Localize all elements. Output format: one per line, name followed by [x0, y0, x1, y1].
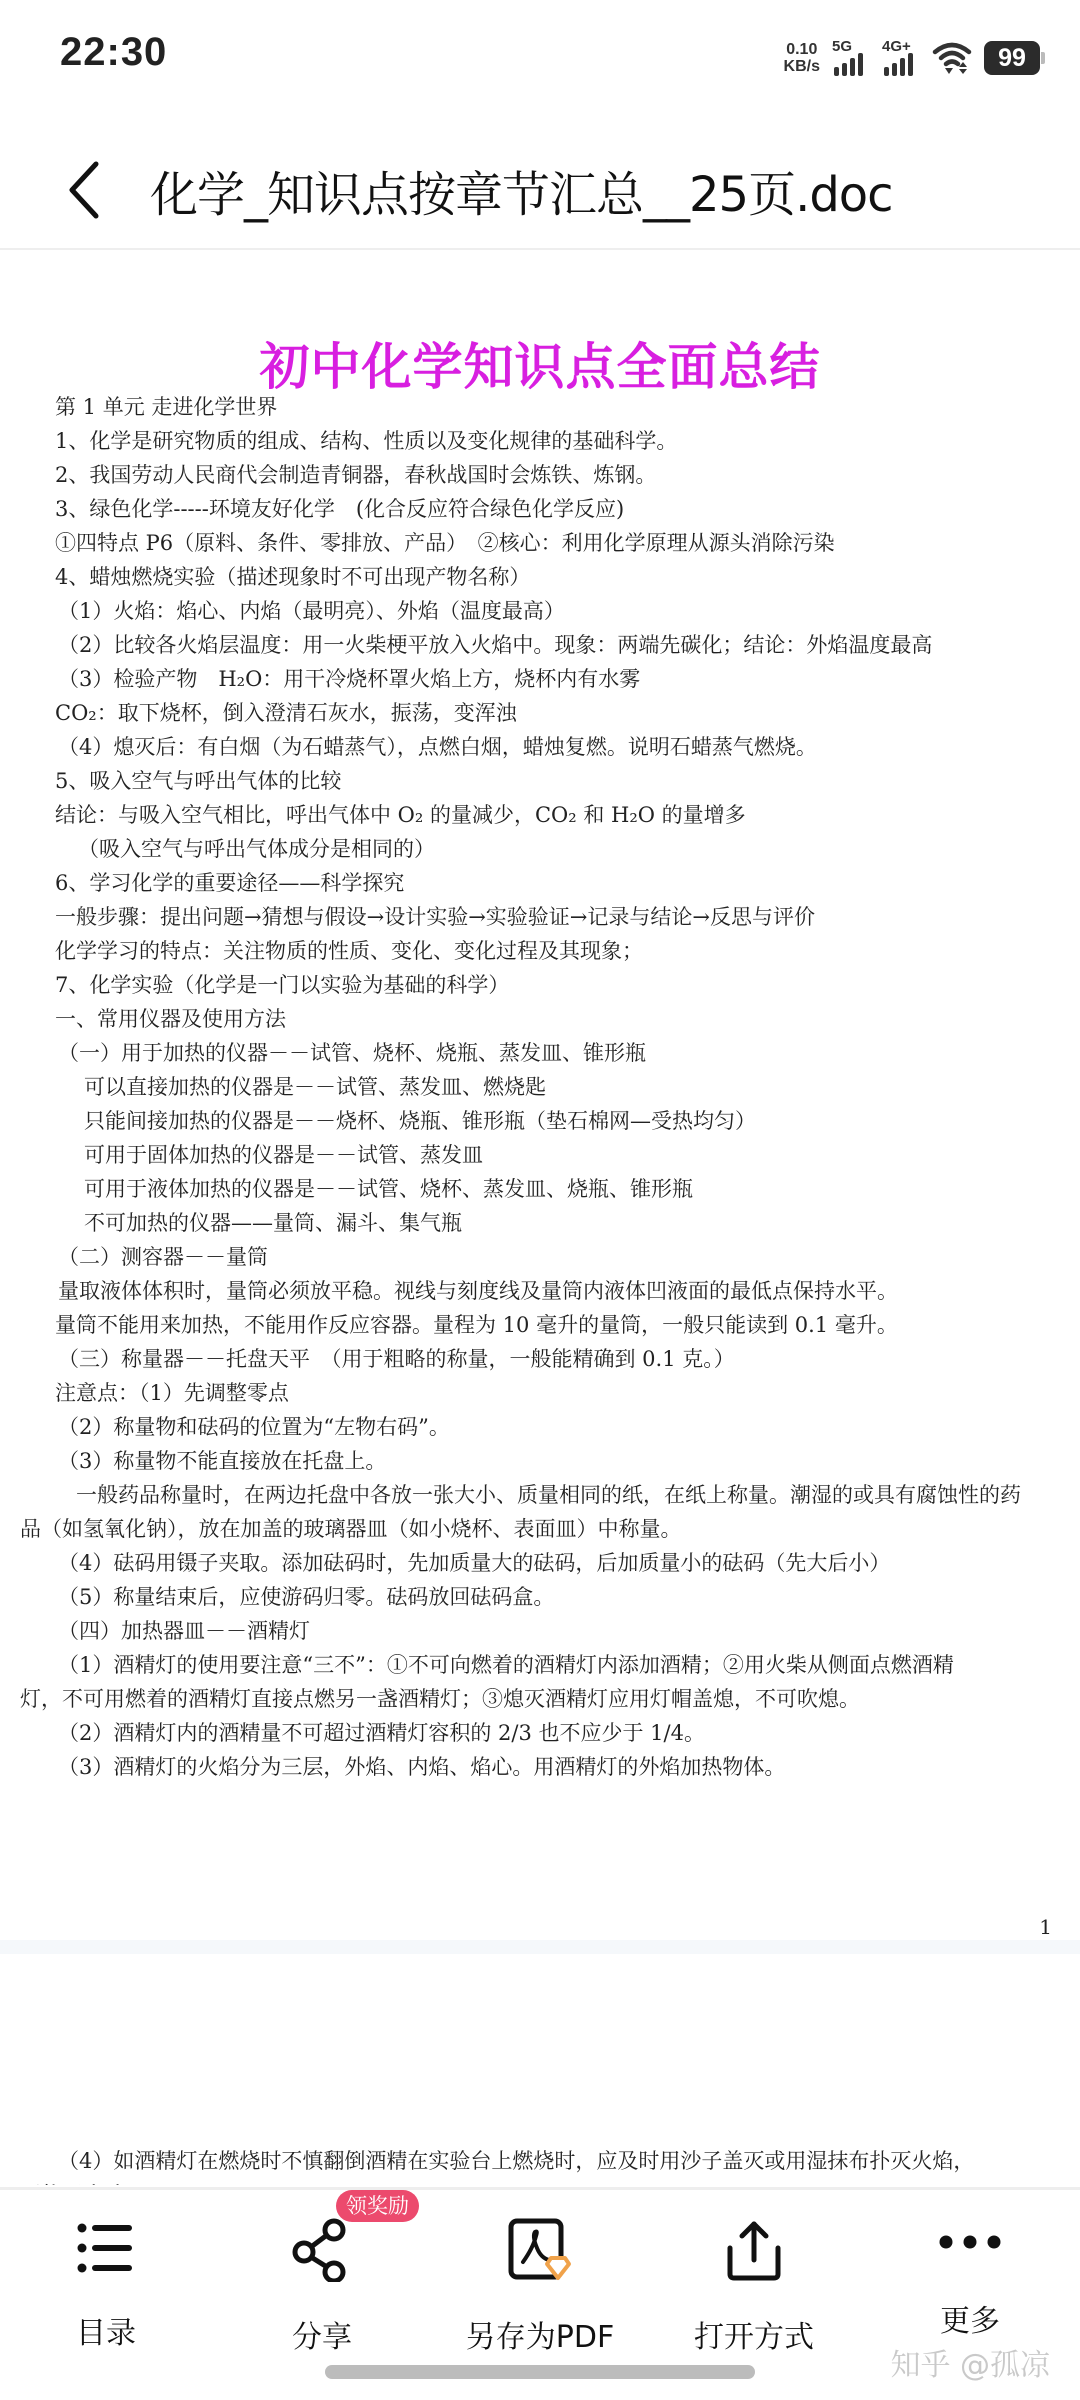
- document-line: 品（如氢氧化钠），放在加盖的玻璃器皿（如小烧杯、表面皿）中称量。: [0, 1512, 1080, 1546]
- document-viewer[interactable]: 初中化学知识点全面总结 第 1 单元 走进化学世界1、化学是研究物质的组成、结构…: [0, 250, 1080, 2185]
- open-with-button[interactable]: 打开方式: [664, 2190, 844, 2340]
- page-divider: [0, 1940, 1080, 1954]
- reward-badge[interactable]: 领奖励: [336, 2190, 419, 2222]
- document-line: （一）用于加热的仪器－－试管、烧杯、烧瓶、蒸发皿、锥形瓶: [0, 1036, 1080, 1070]
- document-line: （3）检验产物 H₂O：用干冷烧杯罩火焰上方，烧杯内有水雾: [0, 662, 1080, 696]
- app-header: 化学_知识点按章节汇总__25页.doc: [0, 110, 1080, 250]
- save-as-pdf-label: 另存为PDF: [466, 2312, 614, 2356]
- document-line: 6、学习化学的重要途径——科学探究: [0, 866, 1080, 900]
- page-1-text: 第 1 单元 走进化学世界1、化学是研究物质的组成、结构、性质以及变化规律的基础…: [0, 390, 1080, 1784]
- document-heading: 初中化学知识点全面总结: [0, 327, 1080, 399]
- document-line: 一般步骤：提出问题→猜想与假设→设计实验→实验验证→记录与结论→反思与评价: [0, 900, 1080, 934]
- document-line: 灯，不可用燃着的酒精灯直接点燃另一盏酒精灯；③熄灭酒精灯应用灯帽盖熄，不可吹熄。: [0, 1682, 1080, 1716]
- document-line: 2、我国劳动人民商代会制造青铜器，春秋战国时会炼铁、炼钢。: [0, 458, 1080, 492]
- document-line: 5、吸入空气与呼出气体的比较: [0, 764, 1080, 798]
- more-icon: [938, 2232, 1002, 2252]
- document-line: 只能间接加热的仪器是－－烧杯、烧瓶、锥形瓶（垫石棉网—受热均匀）: [0, 1104, 1080, 1138]
- document-line: （3）酒精灯的火焰分为三层，外焰、内焰、焰心。用酒精灯的外焰加热物体。: [0, 1750, 1080, 1784]
- share-icon: [290, 2218, 354, 2282]
- save-as-pdf-button[interactable]: 另存为PDF: [450, 2190, 630, 2340]
- share-label: 分享: [292, 2312, 352, 2356]
- status-icons: 0.10 KB/s 5G 4G+ 99: [784, 36, 1040, 80]
- back-icon[interactable]: [62, 158, 106, 222]
- toc-label: 目录: [76, 2308, 136, 2352]
- list-icon: [76, 2218, 136, 2278]
- document-line: 第 1 单元 走进化学世界: [0, 390, 1080, 424]
- document-line: （二）测容器－－量筒: [0, 1240, 1080, 1274]
- status-time: 22:30: [60, 30, 167, 75]
- document-line: ①四特点 P6（原料、条件、零排放、产品） ②核心：利用化学原理从源头消除污染: [0, 526, 1080, 560]
- document-line: （4）砝码用镊子夹取。添加砝码时，先加质量大的砝码，后加质量小的砝码（先大后小）: [0, 1546, 1080, 1580]
- network-speed-unit: KB/s: [784, 58, 820, 75]
- document-page-2: （4）如酒精灯在燃烧时不慎翻倒酒精在实验台上燃烧时，应及时用沙子盖灭或用湿抹布扑…: [0, 1954, 1080, 2185]
- document-line: （2）称量物和砝码的位置为“左物右码”。: [0, 1410, 1080, 1444]
- document-line: 1、化学是研究物质的组成、结构、性质以及变化规律的基础科学。: [0, 424, 1080, 458]
- document-line: （5）称量结束后，应使游码归零。砝码放回砝码盒。: [0, 1580, 1080, 1614]
- document-line: （四）加热器皿－－酒精灯: [0, 1614, 1080, 1648]
- wifi-icon: [932, 40, 972, 76]
- document-line: 化学学习的特点：关注物质的性质、变化、变化过程及其现象；: [0, 934, 1080, 968]
- document-line: 7、化学实验（化学是一门以实验为基础的科学）: [0, 968, 1080, 1002]
- home-indicator[interactable]: [325, 2365, 755, 2379]
- document-line: 量取液体体积时，量筒必须放平稳。视线与刻度线及量筒内液体凹液面的最低点保持水平。: [0, 1274, 1080, 1308]
- document-line: （4）熄灭后：有白烟（为石蜡蒸气），点燃白烟，蜡烛复燃。说明石蜡蒸气燃烧。: [0, 730, 1080, 764]
- status-bar: 22:30 0.10 KB/s 5G 4G+ 99: [0, 0, 1080, 110]
- document-line: （吸入空气与呼出气体成分是相同的）: [0, 832, 1080, 866]
- document-line: 量筒不能用来加热，不能用作反应容器。量程为 10 毫升的量筒，一般只能读到 0.…: [0, 1308, 1080, 1342]
- document-line: 3、绿色化学-----环境友好化学 (化合反应符合绿色化学反应): [0, 492, 1080, 526]
- document-page-1: 初中化学知识点全面总结 第 1 单元 走进化学世界1、化学是研究物质的组成、结构…: [0, 250, 1080, 1940]
- document-line: 一、常用仪器及使用方法: [0, 1002, 1080, 1036]
- network-speed-value: 0.10: [784, 41, 820, 58]
- document-line: （2）比较各火焰层温度：用一火柴梗平放入火焰中。现象：两端先碳化；结论：外焰温度…: [0, 628, 1080, 662]
- document-line: 可用于液体加热的仪器是－－试管、烧杯、蒸发皿、烧瓶、锥形瓶: [0, 1172, 1080, 1206]
- battery-level: 99: [998, 44, 1026, 73]
- document-line: （三）称量器－－托盘天平 （用于粗略的称量，一般能精确到 0.1 克。）: [0, 1342, 1080, 1376]
- document-line: 注意点：（1）先调整零点: [0, 1376, 1080, 1410]
- upload-icon: [722, 2218, 786, 2282]
- watermark: 知乎 @孤凉: [890, 2340, 1050, 2384]
- document-line: 4、蜡烛燃烧实验（描述现象时不可出现产物名称）: [0, 560, 1080, 594]
- document-line: （1）酒精灯的使用要注意“三不”：①不可向燃着的酒精灯内添加酒精；②用火柴从侧面…: [0, 1648, 1080, 1682]
- more-label: 更多: [940, 2296, 1000, 2340]
- battery-icon: 99: [984, 41, 1040, 75]
- network-speed: 0.10 KB/s: [784, 41, 820, 75]
- document-line: 可用于固体加热的仪器是－－试管、蒸发皿: [0, 1138, 1080, 1172]
- page-number: 1: [1039, 1915, 1052, 1939]
- pdf-icon: [505, 2218, 575, 2282]
- document-line: （2）酒精灯内的酒精量不可超过酒精灯容积的 2/3 也不应少于 1/4。: [0, 1716, 1080, 1750]
- more-button[interactable]: 更多: [880, 2190, 1060, 2340]
- document-title: 化学_知识点按章节汇总__25页.doc: [150, 156, 893, 225]
- document-line: 不能用水冲。: [0, 2178, 1080, 2185]
- document-line: （4）如酒精灯在燃烧时不慎翻倒酒精在实验台上燃烧时，应及时用沙子盖灭或用湿抹布扑…: [0, 2144, 1080, 2178]
- document-line: （1）火焰：焰心、内焰（最明亮）、外焰（温度最高）: [0, 594, 1080, 628]
- signal-4g-icon: 4G+: [882, 38, 920, 78]
- document-line: 可以直接加热的仪器是－－试管、蒸发皿、燃烧匙: [0, 1070, 1080, 1104]
- document-line: （3）称量物不能直接放在托盘上。: [0, 1444, 1080, 1478]
- document-line: 不可加热的仪器——量筒、漏斗、集气瓶: [0, 1206, 1080, 1240]
- signal-5g-icon: 5G: [832, 38, 870, 78]
- open-with-label: 打开方式: [694, 2312, 814, 2356]
- document-line: 结论：与吸入空气相比，呼出气体中 O₂ 的量减少，CO₂ 和 H₂O 的量增多: [0, 798, 1080, 832]
- document-line: 一般药品称量时，在两边托盘中各放一张大小、质量相同的纸，在纸上称量。潮湿的或具有…: [0, 1478, 1080, 1512]
- page-2-text: （4）如酒精灯在燃烧时不慎翻倒酒精在实验台上燃烧时，应及时用沙子盖灭或用湿抹布扑…: [0, 2144, 1080, 2185]
- document-line: CO₂：取下烧杯，倒入澄清石灰水，振荡，变浑浊: [0, 696, 1080, 730]
- toc-button[interactable]: 目录: [16, 2190, 196, 2340]
